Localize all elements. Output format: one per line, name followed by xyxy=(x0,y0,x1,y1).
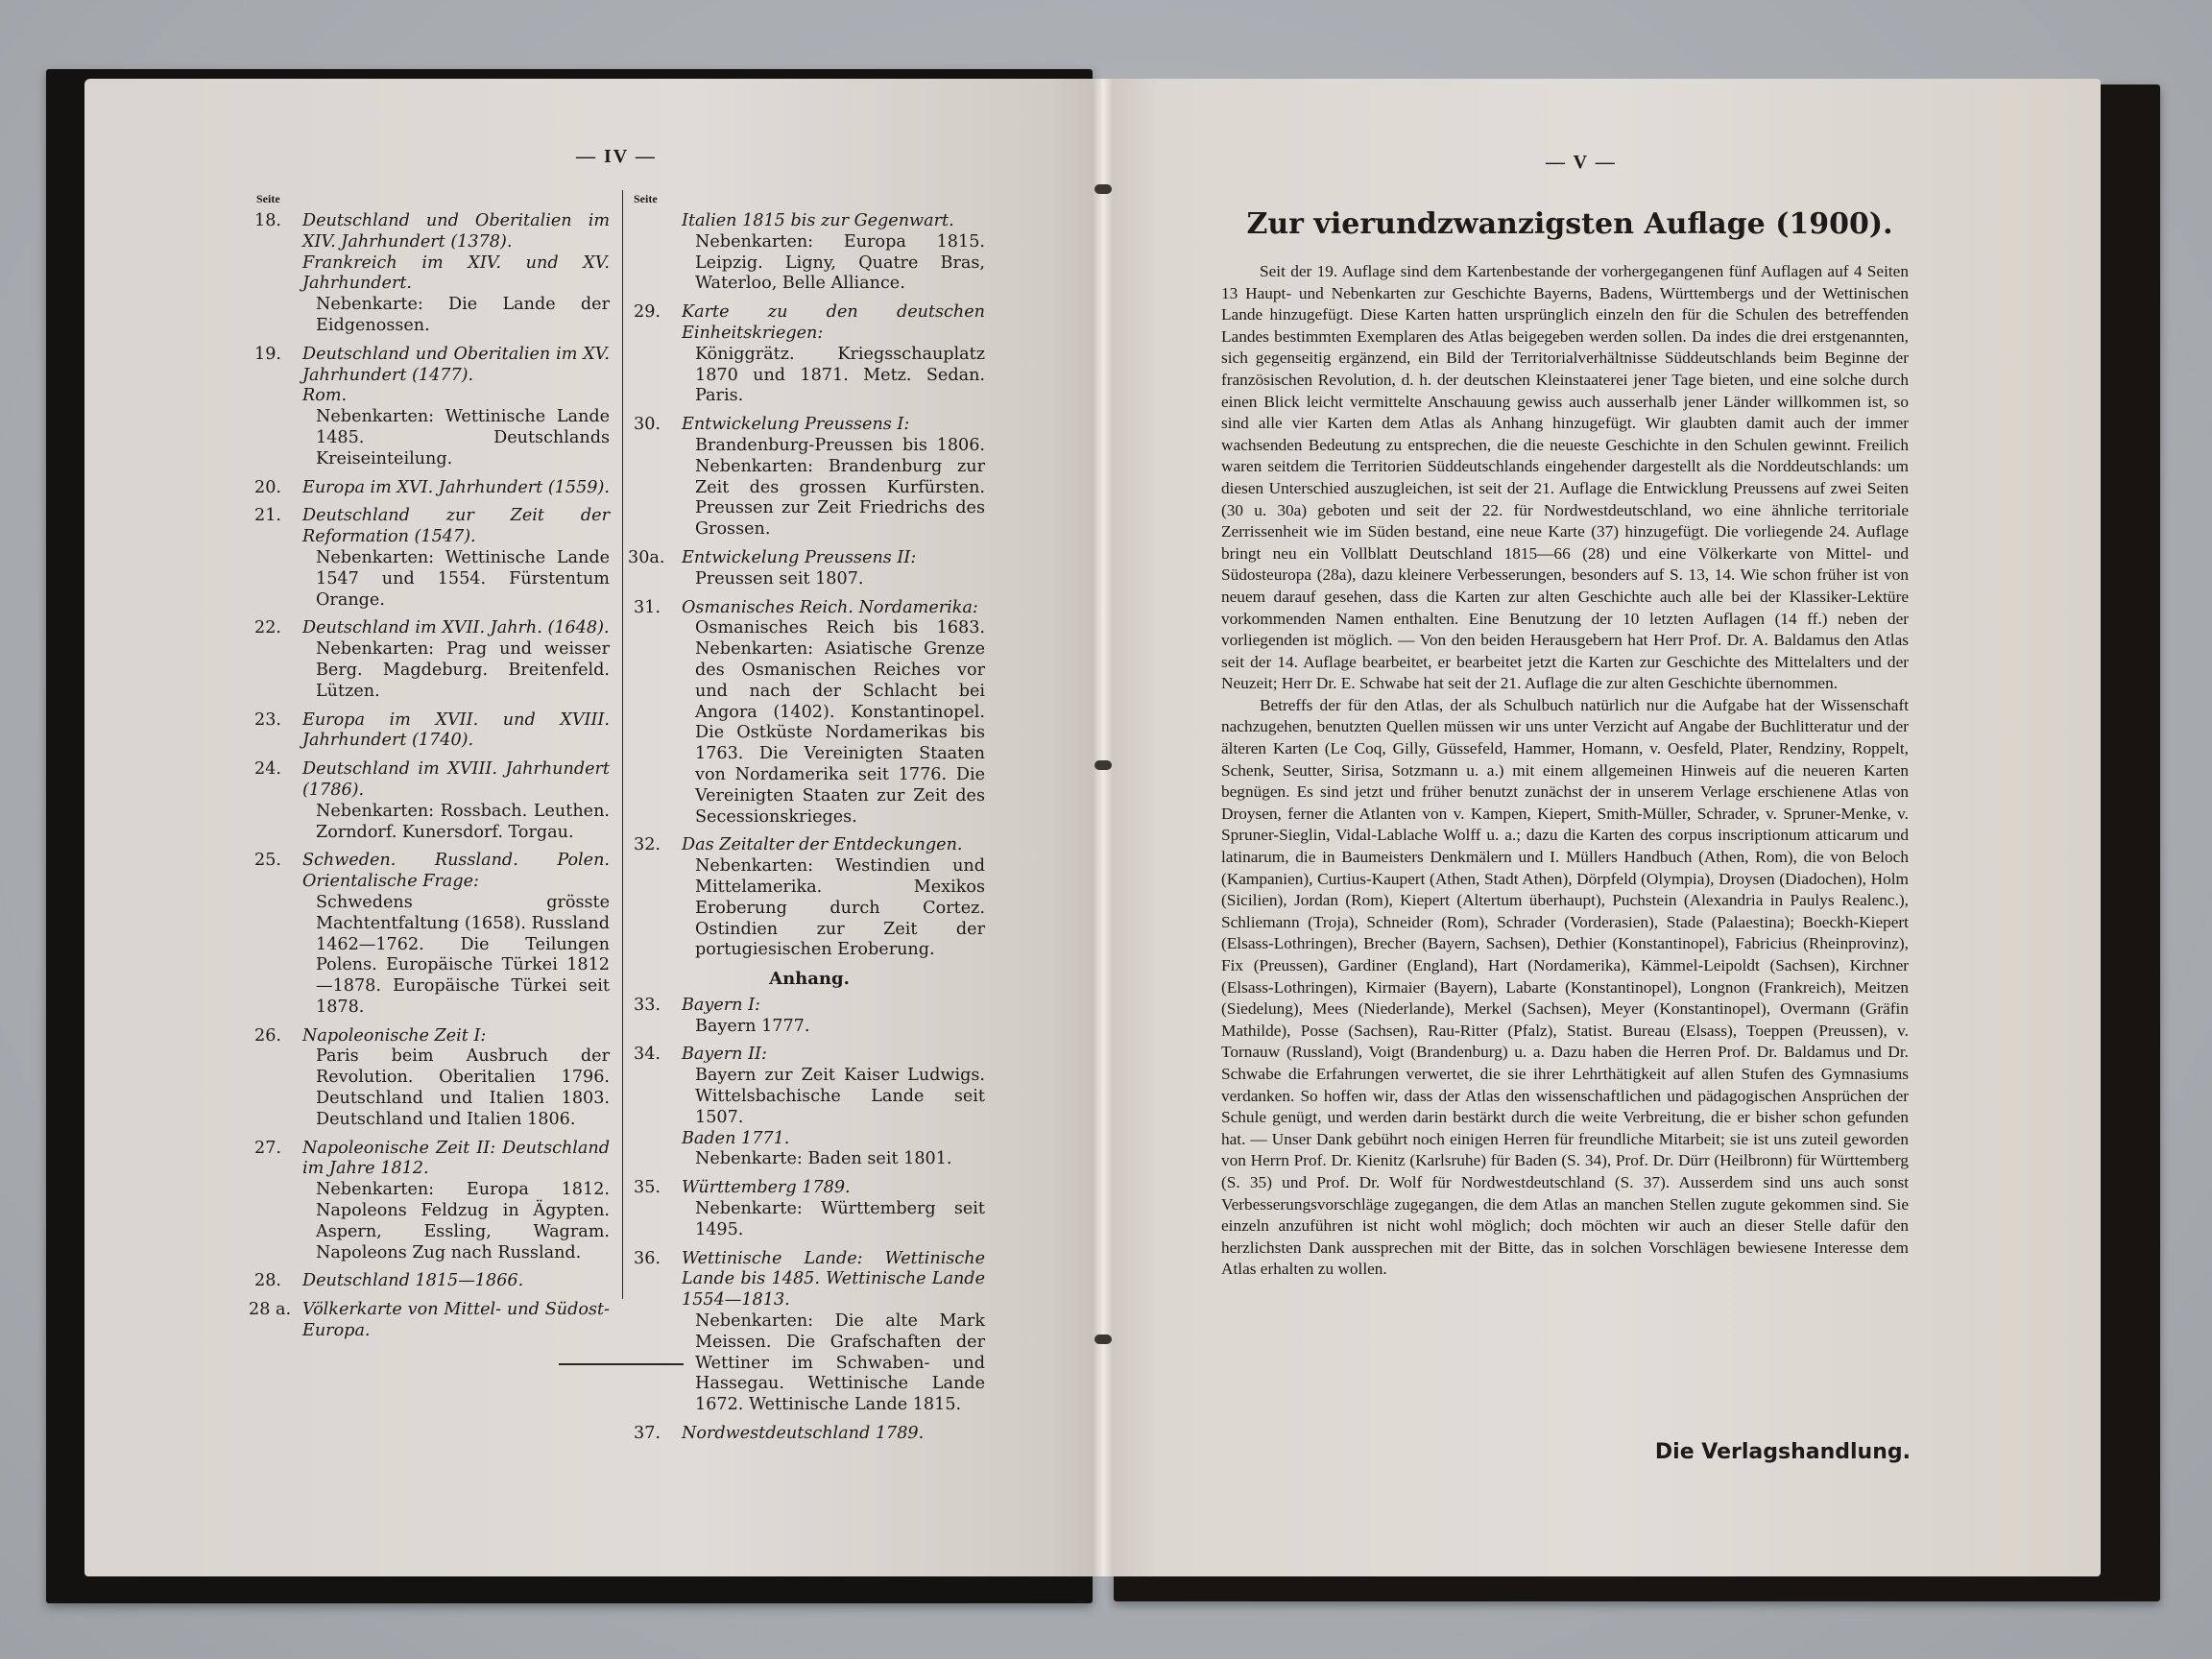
entry-number: 32. xyxy=(634,835,661,856)
toc-entry: 26.Napoleonische Zeit I:Paris beim Ausbr… xyxy=(254,1026,610,1131)
preface-title: Zur vierundzwanzigsten Auflage (1900). xyxy=(1238,207,1901,241)
toc-entry: 20.Europa im XVI. Jahrhundert (1559). xyxy=(254,478,610,499)
toc-entry: 30.Entwickelung Preussens I:Brandenburg-… xyxy=(634,415,985,541)
entry-title-tertiary: Baden 1771. xyxy=(682,1129,985,1150)
entry-number: 23. xyxy=(254,710,281,732)
entry-title: Deutschland und Oberitalien im XV. Jahrh… xyxy=(302,345,610,387)
entry-subtext: Nebenkarten: Wettinische Lande 1485. Deu… xyxy=(302,407,610,469)
toc-entry: 28.Deutschland 1815—1866. xyxy=(254,1271,610,1292)
binding-stitch xyxy=(1094,1334,1112,1344)
entry-title: Europa im XVI. Jahrhundert (1559). xyxy=(302,478,610,499)
page-number-iv: — IV — xyxy=(576,146,657,168)
entry-number: 33. xyxy=(634,996,661,1017)
entry-number: 26. xyxy=(254,1026,281,1047)
preface-paragraph-1: Seit der 19. Auflage sind dem Kartenbest… xyxy=(1221,261,1909,695)
entry-title: Deutschland im XVIII. Jahrhundert (1786)… xyxy=(302,759,610,802)
entry-subtext: Nebenkarten: Westindien und Mittelamerik… xyxy=(682,856,985,961)
binding-stitch xyxy=(1094,760,1112,770)
entry-title: Karte zu den deutschen Einheitskriegen: xyxy=(682,302,985,345)
toc-entry: 31.Osmanisches Reich. Nordamerika:Osmani… xyxy=(634,598,985,829)
entry-number: 37. xyxy=(634,1424,661,1445)
entry-subtext: Paris beim Ausbruch der Revolution. Ober… xyxy=(302,1046,610,1130)
entry-title: Deutschland zur Zeit der Reformation (15… xyxy=(302,506,610,548)
entry-title: Deutschland und Oberitalien im XIV. Jahr… xyxy=(302,211,610,253)
column-header-seite-2: Seite xyxy=(634,192,658,206)
entry-subtext: Nebenkarten: Rossbach. Leuthen. Zorndorf… xyxy=(302,802,610,844)
toc-continuation: Italien 1815 bis zur Gegenwart. Nebenkar… xyxy=(634,211,985,295)
entry-number: 36. xyxy=(634,1249,661,1270)
entry-title: Bayern I: xyxy=(682,996,985,1017)
entry-number: 31. xyxy=(634,598,661,619)
toc-entry: 28 a.Völkerkarte von Mittel- und Südost-… xyxy=(254,1300,610,1342)
entry-title-secondary: Rom. xyxy=(302,386,610,407)
toc-entry: 30a.Entwickelung Preussens II:Preussen s… xyxy=(634,548,985,590)
binding-stitch xyxy=(1094,184,1112,194)
column-divider xyxy=(622,190,623,1299)
entry-number: 30a. xyxy=(628,548,664,569)
book-gutter xyxy=(1093,79,1114,1576)
entry-subtext: Nebenkarten: Prag und weisser Berg. Magd… xyxy=(302,639,610,702)
entry-title: Osmanisches Reich. Nordamerika: xyxy=(682,598,985,619)
entry-subtext: Nebenkarte: Württemberg seit 1495. xyxy=(682,1199,985,1241)
toc-entry: 25.Schweden. Russland. Polen. Orientalis… xyxy=(254,851,610,1018)
page-number-v: — V — xyxy=(1546,152,1617,174)
toc-entry: 33.Bayern I:Bayern 1777. xyxy=(634,996,985,1038)
toc-entry: 22.Deutschland im XVII. Jahrh. (1648).Ne… xyxy=(254,618,610,702)
entry-title: Napoleonische Zeit II: Deutschland im Ja… xyxy=(302,1139,610,1181)
toc-entry: 23.Europa im XVII. und XVIII. Jahrhunder… xyxy=(254,710,610,753)
entry-subtext: Nebenkarten: Europa 1812. Napoleons Feld… xyxy=(302,1180,610,1263)
toc-entry: 35.Württemberg 1789.Nebenkarte: Württemb… xyxy=(634,1178,985,1240)
column-header-seite: Seite xyxy=(256,192,280,206)
entry-number: 35. xyxy=(634,1178,661,1199)
publisher-signature: Die Verlagshandlung. xyxy=(1575,1440,1911,1464)
entry-subtext-secondary: Nebenkarte: Baden seit 1801. xyxy=(682,1149,985,1170)
toc-entry: 36.Wettinische Lande: Wettinische Lande … xyxy=(634,1249,985,1416)
preface-body: Seit der 19. Auflage sind dem Kartenbest… xyxy=(1221,261,1909,1281)
toc-entry: 27.Napoleonische Zeit II: Deutschland im… xyxy=(254,1139,610,1264)
entry-title: Napoleonische Zeit I: xyxy=(302,1026,610,1047)
entry-subtext: Bayern 1777. xyxy=(682,1017,985,1038)
entry-subtext: Nebenkarten: Die alte Mark Meissen. Die … xyxy=(682,1311,985,1416)
toc-entry: 21.Deutschland zur Zeit der Reformation … xyxy=(254,506,610,611)
toc-entry: 37.Nordwestdeutschland 1789. xyxy=(634,1424,985,1445)
entry-number: 30. xyxy=(634,415,661,436)
entry-subtext: Preussen seit 1807. xyxy=(682,569,985,590)
entry-title: Württemberg 1789. xyxy=(682,1178,985,1199)
entry-subtext: Osmanisches Reich bis 1683. Nebenkarten:… xyxy=(682,618,985,828)
toc-entry: 24.Deutschland im XVIII. Jahrhundert (17… xyxy=(254,759,610,843)
entry-title: Deutschland im XVII. Jahrh. (1648). xyxy=(302,618,610,639)
entry-subtext: Brandenburg-Preussen bis 1806. Nebenkart… xyxy=(682,436,985,541)
toc-entry: 29.Karte zu den deutschen Einheitskriege… xyxy=(634,302,985,407)
toc-entry: 32.Das Zeitalter der Entdeckungen.Nebenk… xyxy=(634,835,985,961)
entry-subtext: Nebenkarten: Wettinische Lande 1547 und … xyxy=(302,548,610,611)
entry-subtext: Bayern zur Zeit Kaiser Ludwigs. Wittelsb… xyxy=(682,1066,985,1128)
entry-title: Das Zeitalter der Entdeckungen. xyxy=(682,835,985,856)
entry-title: Entwickelung Preussens I: xyxy=(682,415,985,436)
entry-title: Wettinische Lande: Wettinische Lande bis… xyxy=(682,1249,985,1311)
toc-column-right: Italien 1815 bis zur Gegenwart. Nebenkar… xyxy=(634,211,985,1453)
entry-number: 29. xyxy=(634,302,661,324)
entry-title: Entwickelung Preussens II: xyxy=(682,548,985,569)
entry-title: Deutschland 1815—1866. xyxy=(302,1271,610,1292)
entry-subtext: Nebenkarte: Die Lande der Eidgenossen. xyxy=(302,295,610,337)
toc-entry: 18.Deutschland und Oberitalien im XIV. J… xyxy=(254,211,610,337)
toc-entry: 19.Deutschland und Oberitalien im XV. Ja… xyxy=(254,345,610,470)
toc-entry: 34.Bayern II:Bayern zur Zeit Kaiser Ludw… xyxy=(634,1045,985,1170)
entry-number: 27. xyxy=(254,1139,281,1160)
entry-number: 25. xyxy=(254,851,281,872)
toc-column-left: 18.Deutschland und Oberitalien im XIV. J… xyxy=(254,211,610,1350)
entry-number: 28. xyxy=(254,1271,281,1292)
entry-title-secondary: Frankreich im XIV. und XV. Jahrhundert. xyxy=(302,253,610,296)
entry-subtext: Nebenkarten: Europa 1815. Leipzig. Ligny… xyxy=(682,232,985,295)
entry-subtext: Königgrätz. Kriegsschauplatz 1870 und 18… xyxy=(682,345,985,407)
entry-number: 20. xyxy=(254,478,281,499)
entry-number: 18. xyxy=(254,211,281,232)
entry-title: Völkerkarte von Mittel- und Südost-Europ… xyxy=(302,1300,610,1342)
preface-paragraph-2: Betreffs der für den Atlas, der als Schu… xyxy=(1221,695,1909,1281)
entry-title: Nordwestdeutschland 1789. xyxy=(682,1424,985,1445)
entry-number: 22. xyxy=(254,618,281,639)
entry-number: 34. xyxy=(634,1045,661,1066)
entry-number: 24. xyxy=(254,759,281,781)
entry-number: 21. xyxy=(254,506,281,527)
entry-title: Italien 1815 bis zur Gegenwart. xyxy=(682,211,985,232)
entry-number: 19. xyxy=(254,345,281,366)
entry-title: Bayern II: xyxy=(682,1045,985,1066)
entry-title: Schweden. Russland. Polen. Orientalische… xyxy=(302,851,610,893)
entry-title: Europa im XVII. und XVIII. Jahrhundert (… xyxy=(302,710,610,753)
entry-number: 28 a. xyxy=(249,1300,291,1321)
entry-subtext: Schwedens grösste Machtentfaltung (1658)… xyxy=(302,893,610,1019)
end-rule xyxy=(559,1363,684,1365)
appendix-heading: Anhang. xyxy=(634,969,985,990)
